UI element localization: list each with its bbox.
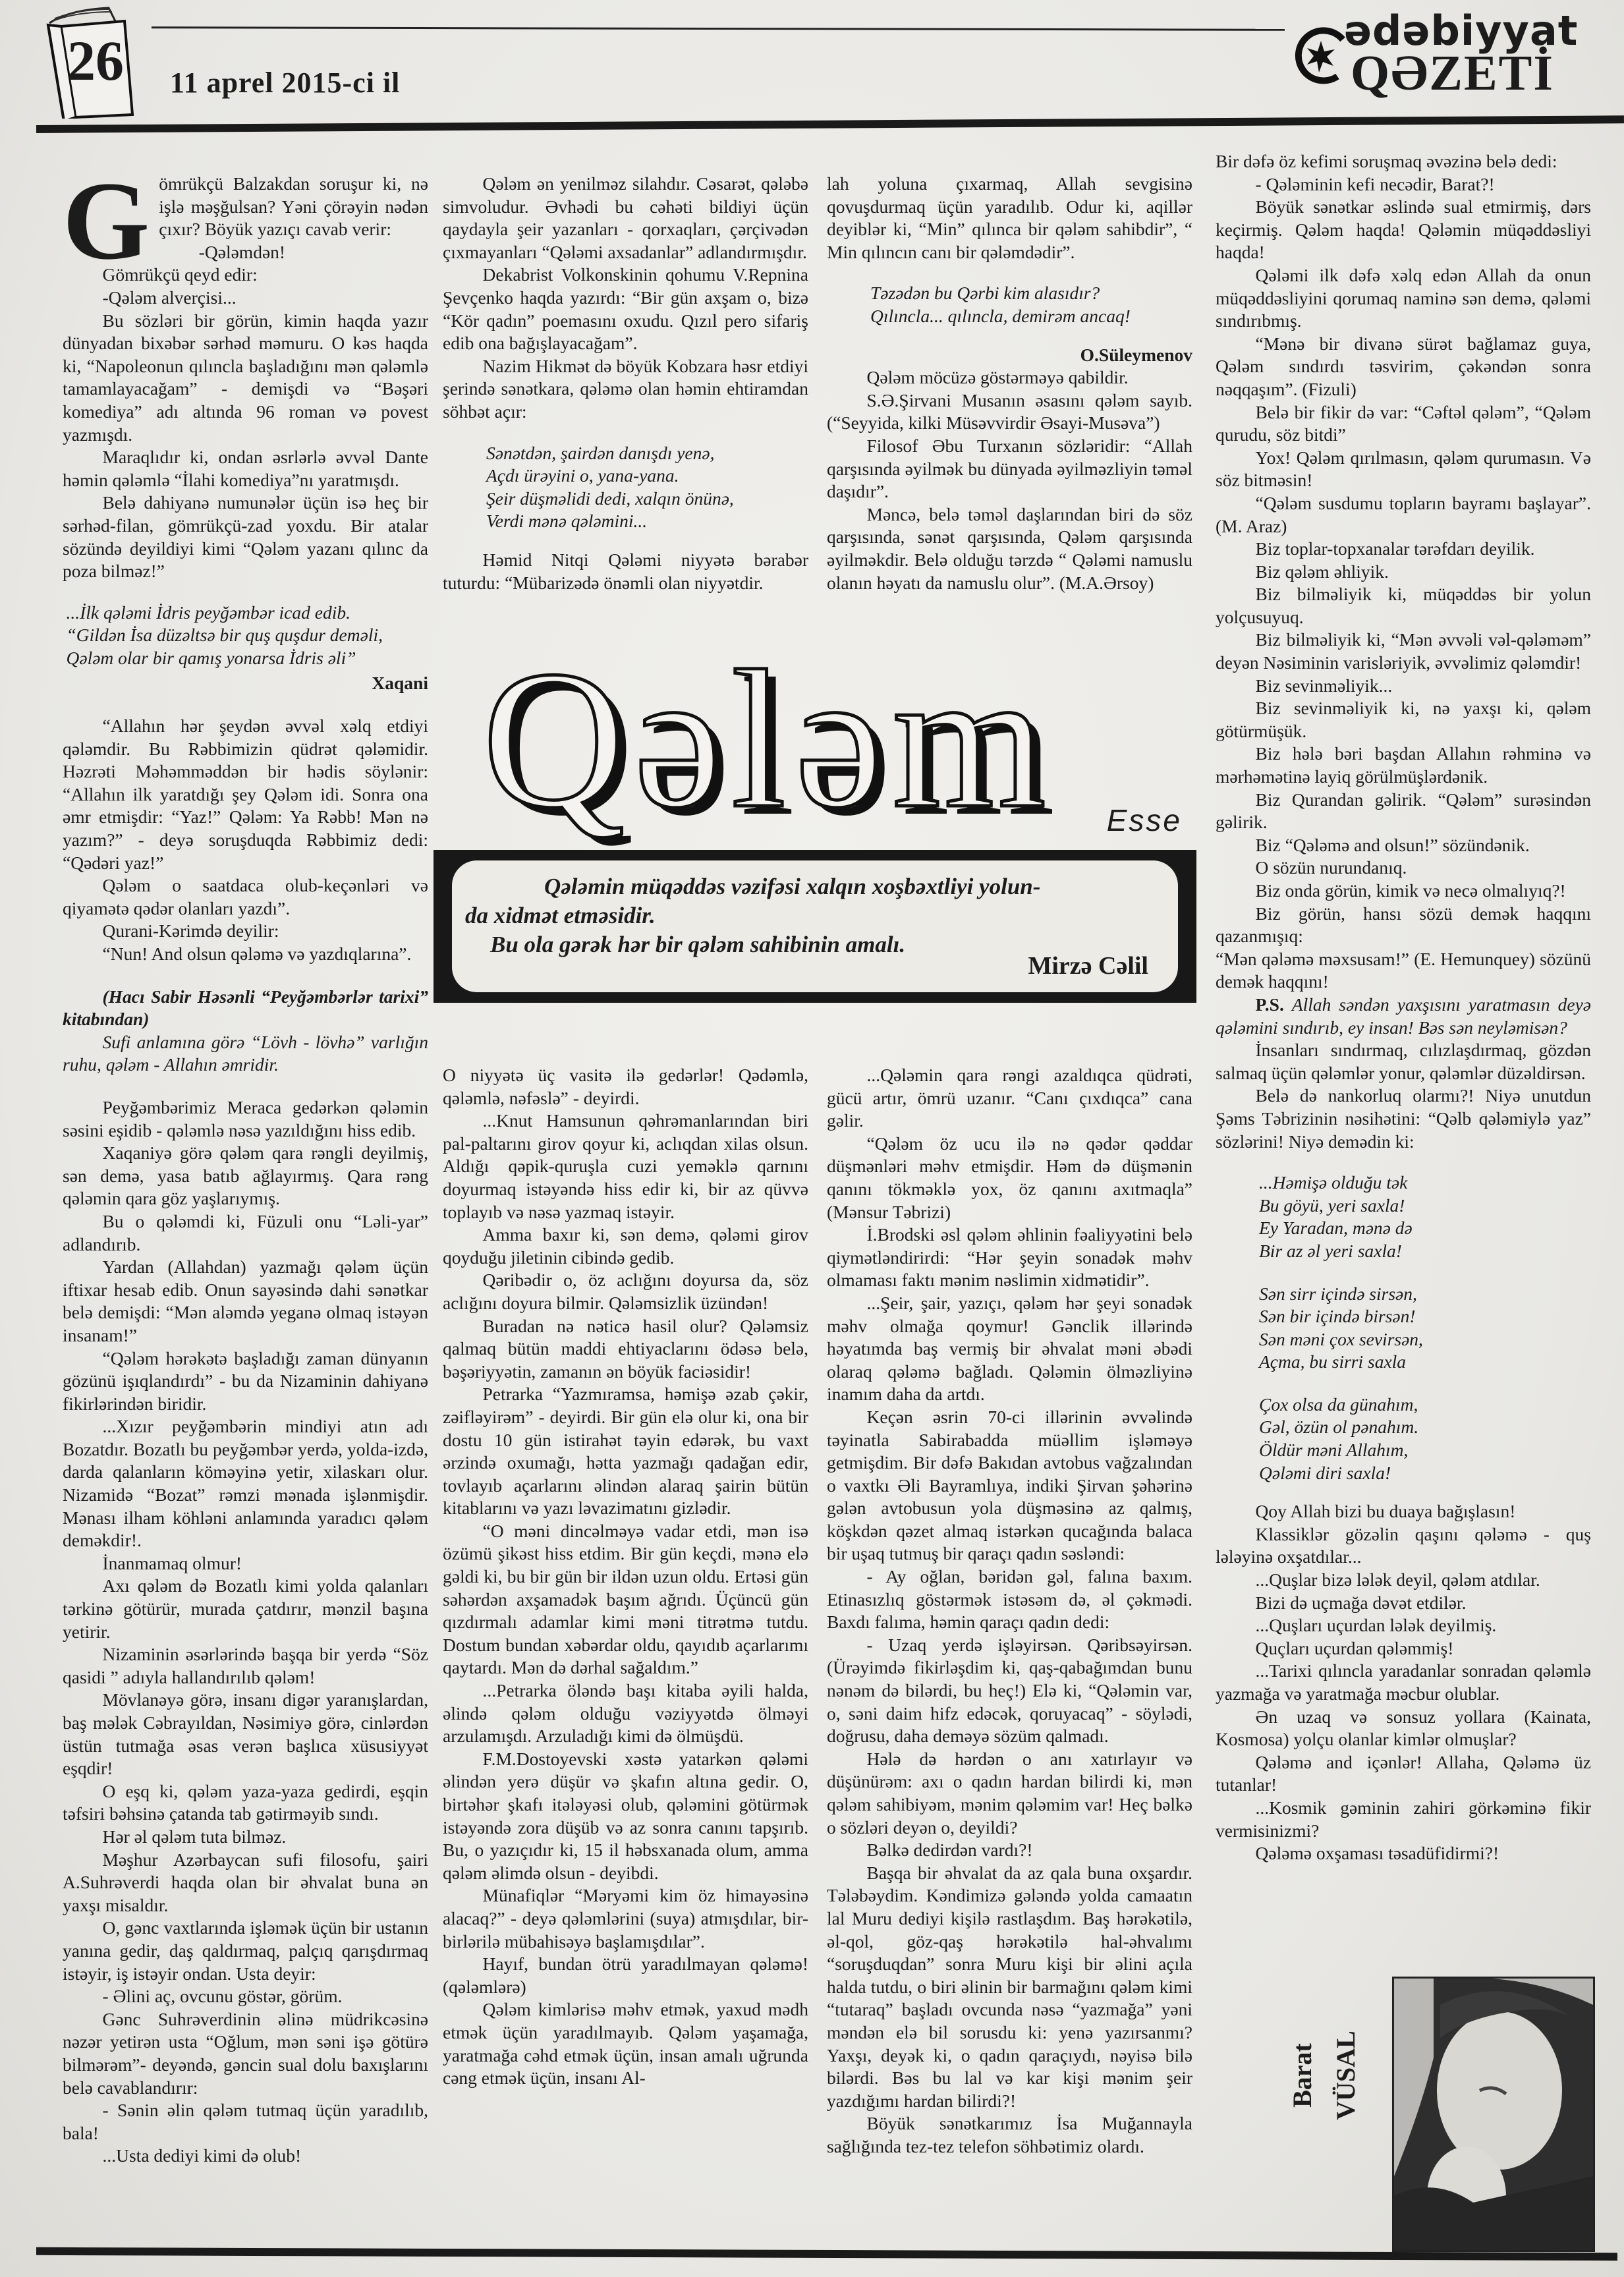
paragraph: “Mən qələmə məxsusam!” (E. Hemunquey) sö… (1216, 948, 1591, 994)
paragraph: Qələmi ilk dəfə xəlq edən Allah da onun … (1216, 264, 1591, 333)
paragraph: “Nun! And olsun qələmə və yazdıqlarına”. (63, 943, 428, 966)
paragraph: Buradan nə nəticə hasil olur? Qələmsiz q… (443, 1315, 808, 1384)
paragraph: Hər əl qələm tuta bilməz. (63, 1826, 428, 1849)
verse-quote: ...Həmişə olduğu tək Bu göyü, yeri saxla… (1259, 1171, 1591, 1484)
paragraph: Həmid Nitqi Qələmi niyyətə bərabər tutur… (443, 549, 808, 594)
article-column-2-bottom: O niyyətə üç vasitə ilə gedərlər! Qədəml… (443, 1064, 808, 2090)
paragraph: Böyük sənətkarımız İsa Muğannayla sağlığ… (827, 2112, 1192, 2158)
article-column-3-top: lah yoluna çıxarmaq, Allah sevgisinə qov… (827, 173, 1192, 594)
paragraph: Münafiqlər “Məryəmi kim öz himayəsinə al… (443, 1884, 808, 1953)
paragraph: P.S. Allah səndən yaxşısını yaratmasın d… (1216, 994, 1591, 1039)
paragraph: Qələmə and içənlər! Allaha, Qələmə üz tu… (1216, 1751, 1591, 1797)
paragraph: ...Usta dediyi kimi də olub! (63, 2145, 428, 2168)
paragraph: Məncə, belə təməl daşlarından biri də sö… (827, 503, 1192, 594)
article-column-1: Gömrükçü Balzakdan soruşur ki, nə işlə m… (63, 173, 428, 2168)
paragraph: Axı qələm də Bozatlı kimi yolda qalanlar… (63, 1575, 428, 1643)
paragraph: lah yoluna çıxarmaq, Allah sevgisinə qov… (827, 173, 1192, 264)
paragraph: - Ay oğlan, bəridən gəl, falına baxım. E… (827, 1565, 1192, 1634)
paragraph: - Uzaq yerdə işləyirsən. Qəribsəyirsən. … (827, 1634, 1192, 1748)
epigraph-box: Qələmin müqəddəs vəzifəsi xalqın xoşbəxt… (434, 850, 1196, 1003)
article-title: Qələm (482, 626, 1055, 853)
paragraph: “Qələm hərəkətə başladığı zaman dünyanın… (63, 1347, 428, 1416)
author-last-name: VÜSAL (1324, 2031, 1368, 2120)
paragraph: “Mənə bir divanə sürət bağlamaz guya, Qə… (1216, 333, 1591, 401)
paragraph: Petrarka “Yazmıramsa, həmişə əzab çəkir,… (443, 1383, 808, 1520)
verse-quote: Təzədən bu Qərbi kim alasıdır? Qılıncla.… (870, 282, 1192, 327)
paragraph: O sözün nurundanıq. (1216, 857, 1591, 880)
paragraph: Xaqaniyə görə qələm qara rəngli deyilmiş… (63, 1142, 428, 1210)
ps-label: P.S. (1256, 994, 1284, 1015)
paragraph: Mövlanəyə görə, insanı digər yaranışlard… (63, 1689, 428, 1780)
author-byline: Barat VÜSAL (1291, 1977, 1357, 2174)
paragraph: “Allahın hər şeydən əvvəl xəlq etdiyi qə… (63, 715, 428, 874)
epigraph-line: da xidmət etməsidir. (465, 901, 1148, 930)
paragraph: İnanmamaq olmur! (63, 1552, 428, 1575)
paragraph: Gömrükçü qeyd edir: (63, 264, 428, 287)
article-column-4: Bir dəfə öz kefimi soruşmaq əvəzinə belə… (1216, 150, 1591, 1865)
paragraph: Biz “Qələmə and olsun!” sözündənik. (1216, 834, 1591, 857)
epigraph-author: Mirzə Cəlil (1028, 951, 1148, 980)
paragraph: ...Quşlar bizə lələk deyil, qələm atdıla… (1216, 1569, 1591, 1592)
paragraph: Biz hələ bəri başdan Allahın rəhminə və … (1216, 743, 1591, 788)
paragraph: Biz görün, hansı sözü demək haqqını qaza… (1216, 903, 1591, 948)
header-rule-thick (36, 115, 1624, 133)
article-genre: Esse (1107, 802, 1182, 838)
paragraph: Başqa bir əhvalat da az qala buna oxşard… (827, 1862, 1192, 2113)
paragraph: - Əlini aç, ovcunu göstər, görüm. (63, 1985, 428, 2008)
paragraph: Nazim Hikmət də böyük Kobzara həsr etdiy… (443, 355, 808, 424)
paragraph: Belə də nankorluq olarmı?! Niyə unutdun … (1216, 1084, 1591, 1153)
paragraph: Böyük sənətkar əslində sual etmirmiş, də… (1216, 196, 1591, 264)
article-title-block: Qələm Esse (443, 652, 1194, 830)
paragraph: ...Tarixi qılıncla yaradanlar sonradan q… (1216, 1660, 1591, 1705)
paragraph: Biz toplar-topxanalar tərəfdarı deyilik. (1216, 538, 1591, 561)
paragraph: “Qələm öz ucu ilə nə qədər qəddar düşmən… (827, 1133, 1192, 1223)
paragraph: Biz Qurandan gəlirik. “Qələm” surəsindən… (1216, 789, 1591, 834)
paragraph: Bu sözləri bir görün, kimin haqda yazır … (63, 310, 428, 447)
verse-author: Xaqani (63, 672, 428, 695)
drop-cap: G (63, 178, 150, 264)
page-number: 26 (46, 28, 145, 94)
paragraph: Hayıf, bundan ötrü yaradılmayan qələmə! … (443, 1953, 808, 1998)
paragraph: Məşhur Azərbaycan sufi filosofu, şairi A… (63, 1849, 428, 1917)
paragraph: Biz qələm əhliyik. (1216, 561, 1591, 584)
paragraph: Hələ də hərdən o anı xatırlayır və düşün… (827, 1748, 1192, 1839)
paragraph: Qəribədir o, öz aclığını doyursa da, söz… (443, 1269, 808, 1314)
paragraph: İ.Brodski əsl qələm əhlinin fəaliyyətini… (827, 1223, 1192, 1292)
paragraph: ömrükçü Balzakdan soruşur ki, nə işlə mə… (159, 173, 428, 239)
paragraph: Yardan (Allahdan) yazmağı qələm üçün ift… (63, 1256, 428, 1347)
paragraph: Qələmə oxşaması təsadüfidirmi?! (1216, 1842, 1591, 1865)
paragraph: Belə bir fikir də var: “Cəftəl qələm”, “… (1216, 401, 1591, 447)
paragraph: ...Qələmin qara rəngi azaldıqca qüdrəti,… (827, 1064, 1192, 1133)
author-photo (1392, 1977, 1595, 2252)
paragraph: Filosof Əbu Turxanın sözləridir: “Allah … (827, 435, 1192, 503)
header-rule-thin (152, 26, 1285, 31)
paragraph: “O məni dincəlməyə vadar etdi, mən isə ö… (443, 1520, 808, 1679)
paragraph: Qələm o saatdaca olub-keçənləri və qiyam… (63, 874, 428, 920)
paragraph: Amma baxır ki, sən demə, qələmi girov qo… (443, 1223, 808, 1269)
paragraph: Keçən əsrin 70-ci illərinin əvvəlində tə… (827, 1406, 1192, 1565)
portrait-image-icon (1394, 1979, 1593, 2250)
paragraph: O, gənc vaxtlarında işləmək üçün bir ust… (63, 1917, 428, 1985)
paragraph: ...Xızır peyğəmbərin mindiyi atın adı Bo… (63, 1415, 428, 1552)
paragraph: Gənc Suhrəverdinin əlinə müdrikcəsinə nə… (63, 2008, 428, 2099)
paragraph: “Qələm susdumu topların bayramı başlayar… (1216, 492, 1591, 538)
article-column-3-bottom: ...Qələmin qara rəngi azaldıqca qüdrəti,… (827, 1064, 1192, 2158)
paragraph: Qələm ən yenilməz silahdır. Cəsarət, qəl… (443, 173, 808, 264)
paragraph: Maraqlıdır ki, ondan əsrlərlə əvvəl Dant… (63, 446, 428, 492)
paragraph: Bəlkə dedirdən vardı?! (827, 1839, 1192, 1862)
paragraph: Qurani-Kərimdə deyilir: (63, 920, 428, 943)
newspaper-page: 26 11 aprel 2015-ci il ədəbiyyat QƏZETİ … (0, 0, 1624, 2277)
paragraph: Bir dəfə öz kefimi soruşmaq əvəzinə belə… (1216, 150, 1591, 173)
footer-rule (36, 2247, 1617, 2261)
paragraph: ...Quşları uçurdan lələk deyilmiş. (1216, 1614, 1591, 1637)
verse-quote: ...İlk qələmi İdris peyğəmbər icad edib.… (67, 602, 429, 670)
paragraph: Belə dahiyanə numunələr üçün isə heç bir… (63, 492, 428, 582)
paragraph: Biz onda görün, kimik və necə olmalıyıq?… (1216, 880, 1591, 903)
paragraph: ...Kosmik gəminin zahiri görkəminə fikir… (1216, 1797, 1591, 1842)
paragraph: ...Knut Hamsunun qəhrəmanlarından biri p… (443, 1110, 808, 1223)
paragraph: Bizi də uçmağa dəvət etdilər. (1216, 1592, 1591, 1615)
paragraph: Biz bilməliyik ki, müqəddəs bir yolun yo… (1216, 583, 1591, 629)
paragraph: - Sənin əlin qələm tutmaq üçün yaradılıb… (63, 2099, 428, 2145)
paragraph: ...Petrarka öləndə başı kitaba əyili hal… (443, 1679, 808, 1748)
article-column-2-top: Qələm ən yenilməz silahdır. Cəsarət, qəl… (443, 173, 808, 594)
paragraph: Biz sevinməliyik... (1216, 675, 1591, 698)
star-emblem-icon (1291, 26, 1351, 86)
paragraph: Quçları uçurdan qələmmiş! (1216, 1637, 1591, 1660)
paragraph: - Qələminin kefi necədir, Barat?! (1216, 173, 1591, 196)
verse-quote: Sənətdən, şairdən danışdı yenə, Açdı ürə… (486, 442, 808, 533)
paragraph: İnsanları sındırmaq, cılızlaşdırmaq, göz… (1216, 1039, 1591, 1084)
issue-date: 11 aprel 2015-ci il (170, 66, 400, 99)
author-first-name: Barat (1281, 2031, 1324, 2120)
epigraph-line: Qələmin müqəddəs vəzifəsi xalqın xoşbəxt… (465, 872, 1148, 901)
masthead-logo: ədəbiyyat QƏZETİ (1291, 7, 1594, 99)
paragraph: Qoy Allah bizi bu duaya bağışlasın! (1216, 1500, 1591, 1523)
paragraph: Yox! Qələm qırılmasın, qələm qurumasın. … (1216, 447, 1591, 492)
paragraph: Klassiklər gözəlin qaşını qələmə - quş l… (1216, 1523, 1591, 1569)
paragraph: F.M.Dostoyevski xəstə yatarkən qələmi əl… (443, 1748, 808, 1885)
paragraph: O eşq ki, qələm yaza-yaza gedirdi, eşqin… (63, 1780, 428, 1826)
paragraph: ...Şeir, şair, yazıçı, qələm hər şeyi so… (827, 1292, 1192, 1406)
paragraph: Peyğəmbərimiz Meraca gedərkən qələmin sə… (63, 1096, 428, 1142)
paragraph: Bu o qələmdi ki, Füzuli onu “Ləli-yar” a… (63, 1210, 428, 1256)
paragraph: Biz sevinməliyik ki, nə yaxşı ki, qələm … (1216, 697, 1591, 743)
paragraph: Sufi anlamına görə “Lövh - lövhə” varlığ… (63, 1031, 428, 1077)
paragraph: S.Ə.Şirvani Musanın əsasını qələm sayıb.… (827, 389, 1192, 435)
source-citation: (Hacı Sabir Həsənli “Peyğəmbərlər tarixi… (63, 986, 428, 1031)
paragraph: Dekabrist Volkonskinin qohumu V.Repnina … (443, 264, 808, 354)
paragraph: Qələm möcüzə göstərməyə qabildir. (827, 366, 1192, 389)
paragraph: Qələm kimlərisə məhv etmək, yaxud mədh e… (443, 1998, 808, 2089)
paragraph: -Qələm alverçisi... (63, 287, 428, 310)
paragraph: Nizaminin əsərlərində başqa bir yerdə “S… (63, 1643, 428, 1689)
paragraph: Ən uzaq və sonsuz yollara (Kainata, Kosm… (1216, 1706, 1591, 1751)
paragraph: O niyyətə üç vasitə ilə gedərlər! Qədəml… (443, 1064, 808, 1110)
masthead-title-bottom: QƏZETİ (1351, 45, 1554, 102)
verse-author: O.Süleymenov (827, 344, 1192, 367)
paragraph: Biz bilməliyik ki, “Mən əvvəli vəl-qələm… (1216, 629, 1591, 674)
